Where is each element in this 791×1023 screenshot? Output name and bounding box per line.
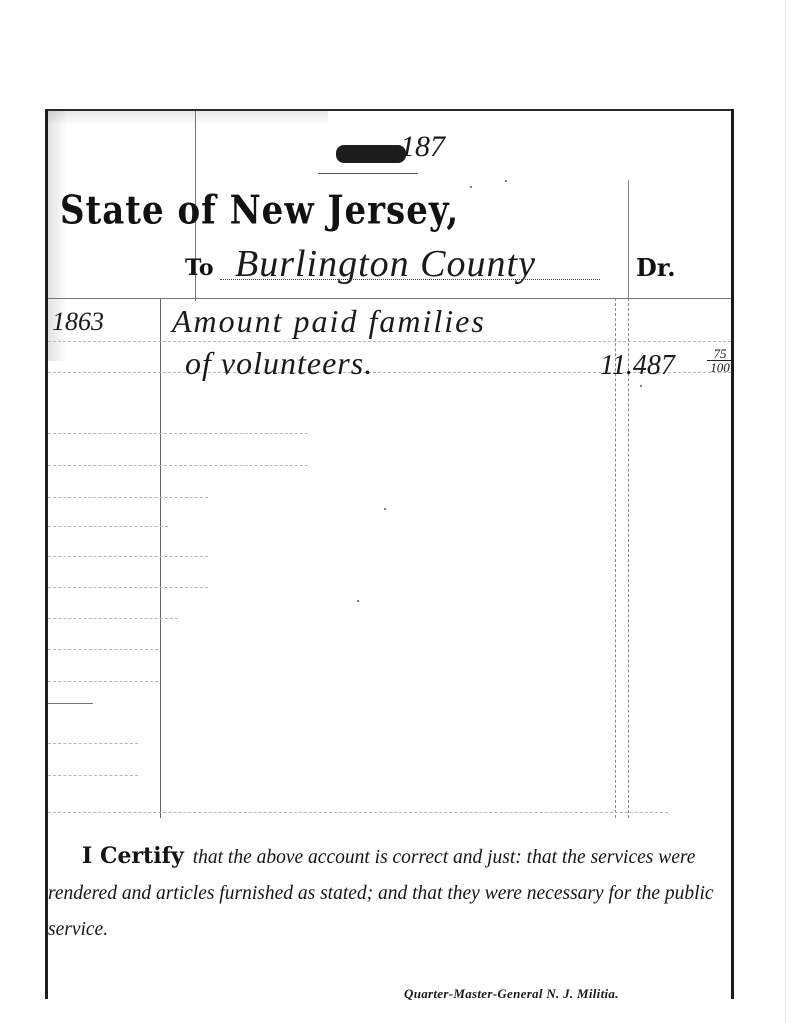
ruled-line <box>48 433 308 435</box>
cents-numerator: 75 <box>707 347 733 361</box>
entry-year: 1863 <box>52 307 104 337</box>
document-page: 187 State of New Jersey, To Burlington C… <box>0 0 791 1023</box>
column-rule-header-right <box>628 180 629 300</box>
ruled-line <box>48 341 731 343</box>
cents-denominator: 100 <box>707 361 733 374</box>
ruled-line <box>48 775 138 777</box>
ruled-line <box>48 587 208 589</box>
scan-smudge <box>48 111 328 125</box>
debtor-label: Dr. <box>636 253 676 282</box>
ruled-line <box>48 649 158 651</box>
header-divider <box>48 298 731 300</box>
certification-lead: I Certify <box>82 843 184 869</box>
entry-description-line-1: Amount paid families <box>172 303 486 340</box>
scan-speck <box>640 385 642 387</box>
ruled-line <box>48 497 208 499</box>
certification-paragraph: I Certify that the above account is corr… <box>48 838 718 948</box>
signature-title: Quarter-Master-General N. J. Militia. <box>404 986 619 1002</box>
page-edge <box>785 0 786 1023</box>
column-rule-date <box>160 298 161 818</box>
scan-speck <box>505 180 507 182</box>
frame-right-border <box>731 109 734 999</box>
year-digits: 187 <box>400 130 445 164</box>
year-underline <box>318 173 418 174</box>
scan-speck <box>357 600 359 602</box>
ruled-line <box>48 618 178 620</box>
ruled-line <box>48 465 308 467</box>
document-title: State of New Jersey, <box>60 188 459 234</box>
ruled-line <box>48 743 138 745</box>
scan-speck <box>470 186 472 188</box>
ruled-line-bottom <box>48 812 668 814</box>
payee-underline <box>220 279 600 280</box>
entry-description-line-2: of volunteers. <box>185 345 373 382</box>
entry-amount-cents: 75 100 <box>707 347 733 374</box>
ruled-line <box>48 556 208 558</box>
scan-speck <box>384 508 386 510</box>
ruled-line <box>48 526 168 528</box>
ruled-line <box>48 703 93 705</box>
to-label: To <box>185 255 214 281</box>
entry-amount-dollars: 11.487 <box>600 350 675 382</box>
redacted-year-stamp <box>336 145 406 163</box>
ruled-line <box>48 681 158 683</box>
